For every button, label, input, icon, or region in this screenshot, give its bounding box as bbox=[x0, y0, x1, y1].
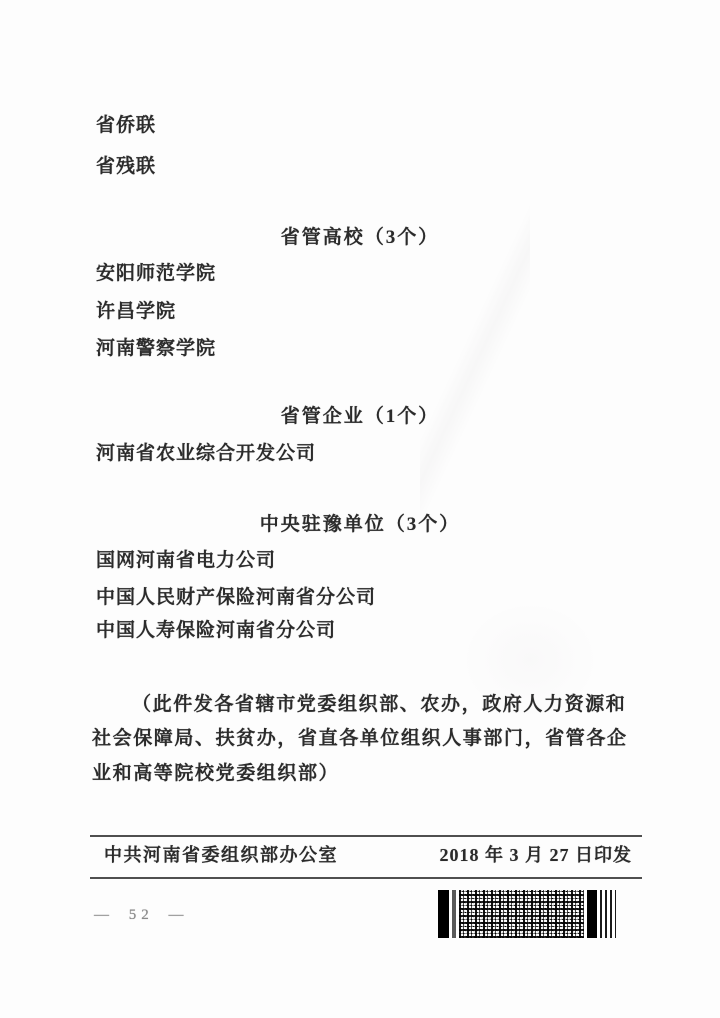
list-item: 国网河南省电力公司 bbox=[96, 551, 276, 571]
list-item: 河南警察学院 bbox=[96, 339, 216, 359]
list-item: 中国人民财产保险河南省分公司 bbox=[96, 588, 376, 608]
distribution-note-line: 社会保障局、扶贫办，省直各单位组织人事部门，省管各企 bbox=[92, 729, 628, 749]
org-line: 省侨联 bbox=[96, 116, 156, 136]
page-number: — 52 — bbox=[94, 905, 189, 925]
list-item: 许昌学院 bbox=[96, 302, 176, 322]
barcode-data-region bbox=[459, 890, 584, 938]
pdf417-barcode bbox=[438, 890, 616, 938]
barcode-start-bar bbox=[438, 890, 449, 938]
scanned-document-page: 省侨联 省残联 省管高校（3个） 安阳师范学院 许昌学院 河南警察学院 省管企业… bbox=[0, 0, 720, 1018]
colophon-issuer: 中共河南省委组织部办公室 bbox=[104, 845, 338, 865]
barcode-stop-pattern bbox=[600, 890, 616, 938]
list-item: 中国人寿保险河南省分公司 bbox=[96, 621, 336, 641]
distribution-note-line: 业和高等院校党委组织部） bbox=[92, 764, 339, 784]
org-line: 省残联 bbox=[96, 157, 156, 177]
section-heading-enterprises: 省管企业（1个） bbox=[0, 407, 720, 427]
distribution-note-line: （此件发各省辖市党委组织部、农办，政府人力资源和 bbox=[92, 695, 626, 715]
barcode-end-bar bbox=[587, 890, 597, 938]
colophon-bottom-rule bbox=[90, 877, 642, 879]
section-heading-central-units: 中央驻豫单位（3个） bbox=[0, 515, 720, 535]
colophon-top-rule bbox=[90, 835, 642, 837]
list-item: 安阳师范学院 bbox=[96, 264, 216, 284]
section-heading-universities: 省管高校（3个） bbox=[0, 228, 720, 248]
barcode-start-bar-thin bbox=[452, 890, 456, 938]
colophon-print-date: 2018 年 3 月 27 日印发 bbox=[440, 845, 633, 865]
list-item: 河南省农业综合开发公司 bbox=[96, 444, 316, 464]
scan-artifact bbox=[420, 200, 530, 530]
